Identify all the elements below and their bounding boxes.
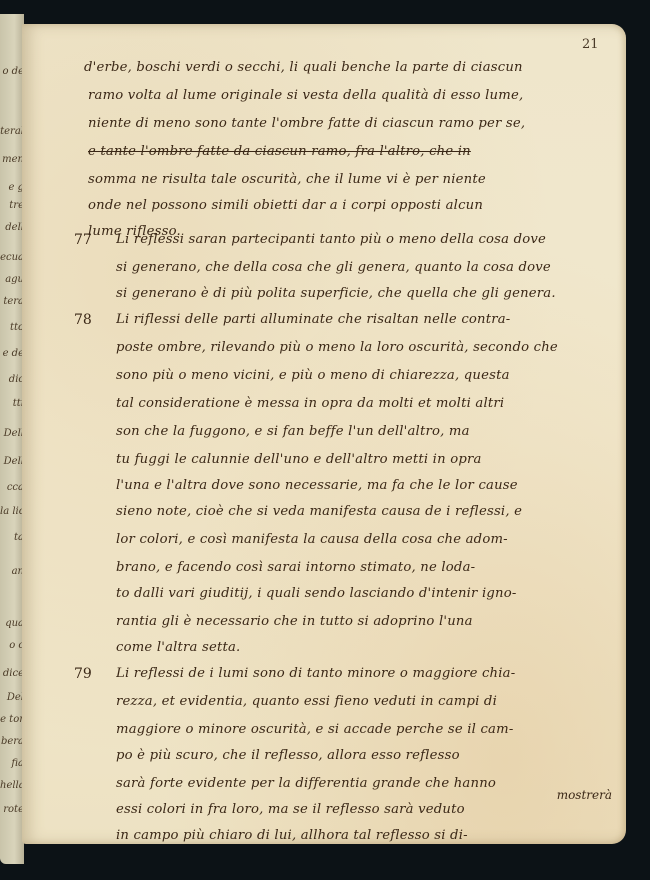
text-line: maggiore o minore oscurità, e si accade … [116,722,513,737]
paragraph-number: 78 [74,312,92,328]
paragraph-number: 79 [74,666,92,682]
text-line: niente di meno sono tante l'ombre fatte … [88,116,525,131]
facing-page-text: cca [0,482,24,493]
facing-page-text: Dell [0,456,24,467]
text-line: poste ombre, rilevando più o meno la lor… [116,340,558,355]
text-line: rantia gli è necessario che in tutto si … [116,614,473,629]
facing-page-text: an [0,566,24,577]
facing-page-text: qua [0,618,24,629]
text-line: in campo più chiaro di lui, allhora tal … [116,828,468,843]
text-line: Li reflessi saran partecipanti tanto più… [116,232,546,247]
facing-page-text: e tor [0,714,24,725]
text-line: ramo volta al lume originale si vesta de… [88,88,523,103]
text-line: sieno note, cioè che si veda manifesta c… [116,504,522,519]
text-line: come l'altra setta. [116,640,240,655]
facing-page-text: la lio [0,506,24,517]
facing-page-text: ecua [0,252,24,263]
facing-page-text: agu [0,274,24,285]
paragraph-number: 77 [74,232,92,248]
text-line: Li reflessi de i lumi sono di tanto mino… [116,666,515,681]
text-line: d'erbe, boschi verdi o secchi, li quali … [84,60,523,75]
facing-page-text: fia [0,758,24,769]
facing-page-text: o de [0,66,24,77]
facing-page-text: Dell [0,428,24,439]
facing-page-text: ta [0,532,24,543]
text-line: essi colori in fra loro, ma se il refles… [116,802,465,817]
text-line: onde nel possono simili obietti dar a i … [88,198,483,213]
facing-page-text: o c [0,640,24,651]
facing-page-text: tera [0,296,24,307]
facing-page-text: tti [0,398,24,409]
facing-page-text: hella [0,780,24,791]
text-line: si generano, che della cosa che gli gene… [116,260,551,275]
text-line: l'una e l'altra dove sono necessarie, ma… [116,478,518,493]
text-line: tal consideratione è messa in opra da mo… [116,396,504,411]
facing-page-text: dic [0,374,24,385]
manuscript-page: 21 d'erbe, boschi verdi o secchi, li qua… [22,24,626,844]
text-line: lor colori, e così manifesta la causa de… [116,532,508,547]
text-line: Li riflessi delle parti alluminate che r… [116,312,510,327]
text-line: son che la fuggono, e si fan beffe l'un … [116,424,470,439]
facing-page-edge: o de teral men e g tre dell ecua agu ter… [0,14,24,864]
text-line: po è più scuro, che il reflesso, allora … [116,748,460,763]
facing-page-text: men [0,154,24,165]
text-line: si generano è di più polita superficie, … [116,286,556,301]
facing-page-text: Del [0,692,24,703]
facing-page-text: bera [0,736,24,747]
catchword: mostrerà [557,788,612,802]
facing-page-text: tto [0,322,24,333]
text-line: to dalli vari giuditij, i quali sendo la… [116,586,517,601]
facing-page-text: tre [0,200,24,211]
text-line: brano, e facendo così sarai intorno stim… [116,560,475,575]
text-line: sarà forte evidente per la differentia g… [116,776,496,791]
text-line-struck: e tante l'ombre fatte da ciascun ramo, f… [88,144,471,159]
facing-page-text: e g [0,182,24,193]
text-line: tu fuggi le calunnie dell'uno e dell'alt… [116,452,482,467]
facing-page-text: e de [0,348,24,359]
facing-page-text: teral [0,126,24,137]
facing-page-text: dell [0,222,24,233]
text-line: rezza, et evidentia, quanto essi fieno v… [116,694,497,709]
facing-page-text: dice [0,668,24,679]
text-line: sono più o meno vicini, e più o meno di … [116,368,510,383]
text-line: somma ne risulta tale oscurità, che il l… [88,172,486,187]
page-number: 21 [582,37,599,52]
facing-page-text: rote [0,804,24,815]
